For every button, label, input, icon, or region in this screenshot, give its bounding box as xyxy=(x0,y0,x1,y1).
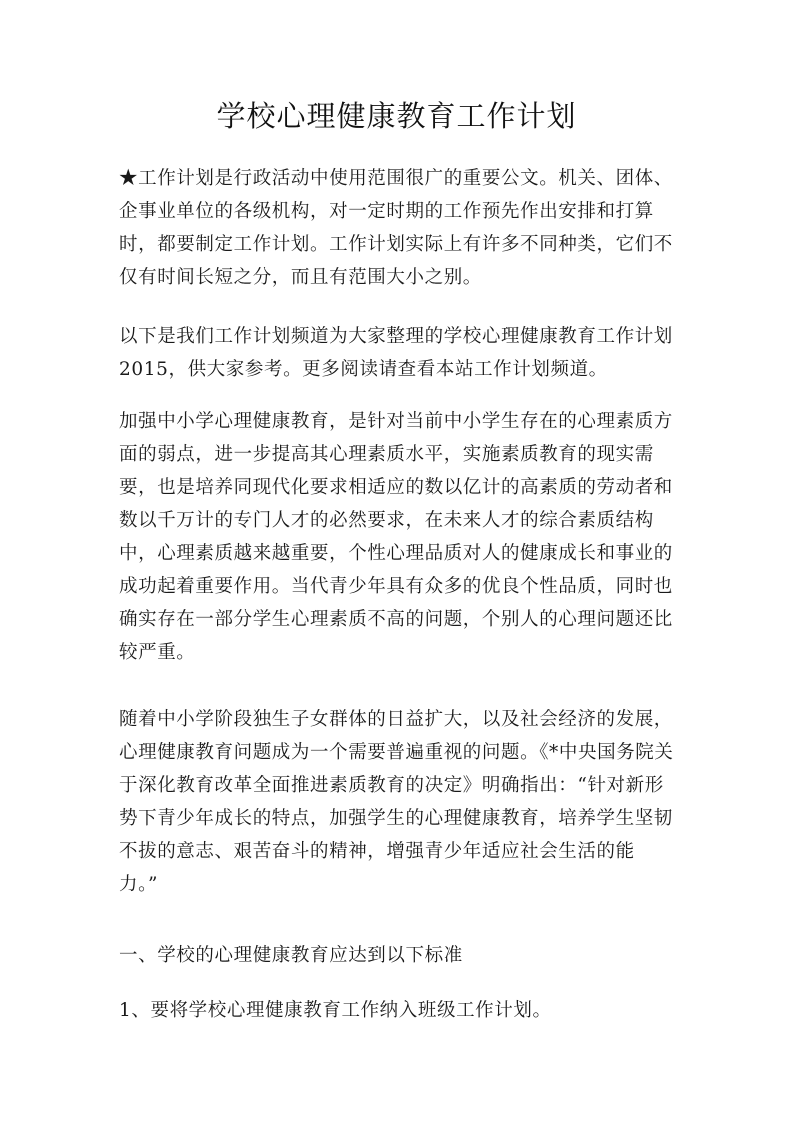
paragraph-body-2: 随着中小学阶段独生子女群体的日益扩大，以及社会经济的发展， 心理健康教育问题成为… xyxy=(119,703,679,901)
text-line: 于深化教育改革全面推进素质教育的决定》明确指出：“针对新形 xyxy=(119,769,679,802)
list-item: 1、要将学校心理健康教育工作纳入班级工作计划。 xyxy=(119,994,679,1027)
text-line: 较严重。 xyxy=(119,636,679,669)
paragraph-channel-note: 以下是我们工作计划频道为大家整理的学校心理健康教育工作计划 2015，供大家参考… xyxy=(119,320,679,386)
text-line: 确实存在一部分学生心理素质不高的问题，个别人的心理问题还比 xyxy=(119,603,679,636)
paragraph-body-1: 加强中小学心理健康教育，是针对当前中小学生存在的心理素质方 面的弱点，进一步提高… xyxy=(119,405,679,669)
text-line: 仅有时间长短之分，而且有范围大小之别。 xyxy=(119,261,679,294)
section-heading: 一、学校的心理健康教育应达到以下标准 xyxy=(119,939,679,972)
text-line: 一、学校的心理健康教育应达到以下标准 xyxy=(119,939,679,972)
text-line: 数以千万计的专门人才的必然要求，在未来人才的综合素质结构 xyxy=(119,504,679,537)
text-line: 势下青少年成长的特点，加强学生的心理健康教育，培养学生坚韧 xyxy=(119,802,679,835)
text-line: 时，都要制定工作计划。工作计划实际上有许多不同种类，它们不 xyxy=(119,228,679,261)
text-line: 随着中小学阶段独生子女群体的日益扩大，以及社会经济的发展， xyxy=(119,703,679,736)
text-line: 要，也是培养同现代化要求相适应的数以亿计的高素质的劳动者和 xyxy=(119,471,679,504)
text-line: 不拔的意志、艰苦奋斗的精神，增强青少年适应社会生活的能 xyxy=(119,835,679,868)
text-line: 1、要将学校心理健康教育工作纳入班级工作计划。 xyxy=(119,994,679,1027)
text-line: 加强中小学心理健康教育，是针对当前中小学生存在的心理素质方 xyxy=(119,405,679,438)
text-line: 心理健康教育问题成为一个需要普遍重视的问题。《*中央国务院关 xyxy=(119,736,679,769)
text-line: 面的弱点，进一步提高其心理素质水平，实施素质教育的现实需 xyxy=(119,438,679,471)
text-line: 力。” xyxy=(119,868,679,901)
document-title: 学校心理健康教育工作计划 xyxy=(0,96,793,136)
text-line: 以下是我们工作计划频道为大家整理的学校心理健康教育工作计划 xyxy=(119,320,679,353)
text-line: ★工作计划是行政活动中使用范围很广的重要公文。机关、团体、 xyxy=(119,162,679,195)
paragraph-intro: ★工作计划是行政活动中使用范围很广的重要公文。机关、团体、 企事业单位的各级机构… xyxy=(119,162,679,294)
text-line: 2015，供大家参考。更多阅读请查看本站工作计划频道。 xyxy=(119,353,679,386)
text-line: 企事业单位的各级机构，对一定时期的工作预先作出安排和打算 xyxy=(119,195,679,228)
text-line: 成功起着重要作用。当代青少年具有众多的优良个性品质，同时也 xyxy=(119,570,679,603)
text-line: 中，心理素质越来越重要，个性心理品质对人的健康成长和事业的 xyxy=(119,537,679,570)
document-page: 学校心理健康教育工作计划 ★工作计划是行政活动中使用范围很广的重要公文。机关、团… xyxy=(0,0,793,1122)
